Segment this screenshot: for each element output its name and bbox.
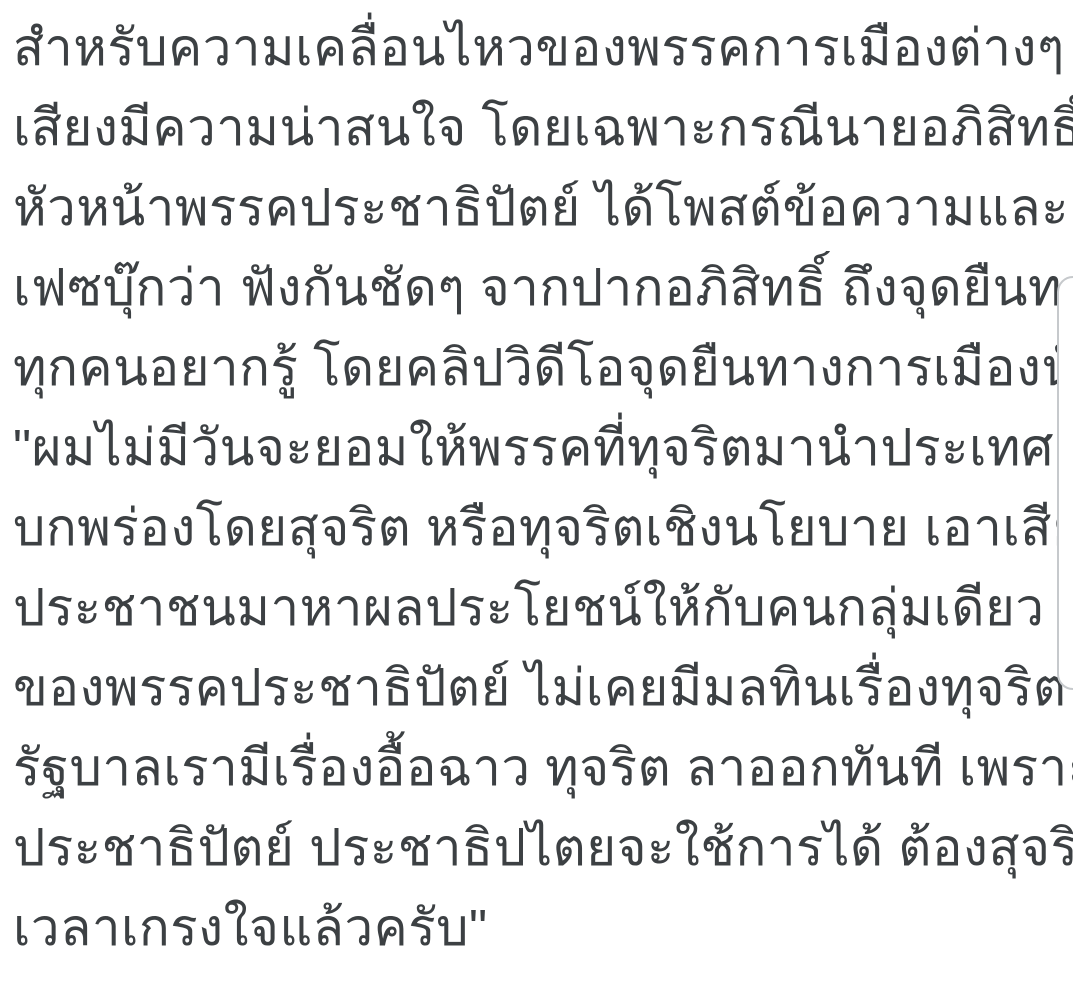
text-line: สำหรับความเคลื่อนไหวของพรรคการเมืองต่างๆ…	[13, 8, 1063, 88]
text-line: ประชาธิปัตย์ ประชาธิปไตยจะใช้การได้ ต้อง…	[13, 808, 1063, 888]
text-line: ทุกคนอยากรู้ โดยคลิปวิดีโอจุดยืนทางการเม…	[13, 328, 1063, 408]
text-line: เสียงมีความน่าสนใจ โดยเฉพาะกรณีนายอภิสิท…	[13, 88, 1063, 168]
text-line: เฟซบุ๊กว่า ฟังกันชัดๆ จากปากอภิสิทธิ์ ถึ…	[13, 248, 1063, 328]
article-text: สำหรับความเคลื่อนไหวของพรรคการเมืองต่างๆ…	[13, 8, 1063, 968]
text-line: หัวหน้าพรรคประชาธิปัตย์ ได้โพสต์ข้อความแ…	[13, 168, 1063, 248]
scrollbar-thumb[interactable]	[1057, 276, 1073, 690]
text-line: ของพรรคประชาธิปัตย์ ไม่เคยมีมลทินเรื่องท…	[13, 648, 1063, 728]
text-line: รัฐบาลเรามีเรื่องอื้อฉาว ทุจริต ลาออกทัน…	[13, 728, 1063, 808]
text-line: เวลาเกรงใจแล้วครับ"	[13, 888, 1063, 968]
article-page: สำหรับความเคลื่อนไหวของพรรคการเมืองต่างๆ…	[0, 0, 1073, 989]
text-line: "ผมไม่มีวันจะยอมให้พรรคที่ทุจริตมานำประเ…	[13, 408, 1063, 488]
text-line: บกพร่องโดยสุจริต หรือทุจริตเชิงนโยบาย เอ…	[13, 488, 1063, 568]
text-line: ประชาชนมาหาผลประโยชน์ให้กับคนกลุ่มเดียว …	[13, 568, 1063, 648]
